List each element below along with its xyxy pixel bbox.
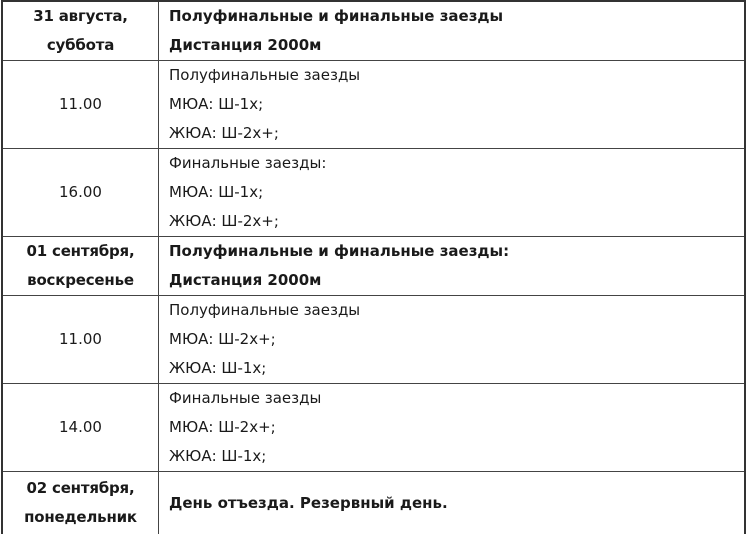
event-men: МЮА: Ш-1х; (169, 90, 744, 119)
date-text: 02 сентября, (3, 474, 158, 503)
date-cell: 31 августа, суббота (2, 1, 159, 61)
day-heading: Полуфинальные и финальные заезды (169, 2, 744, 31)
day-heading: День отъезда. Резервный день. (169, 489, 744, 518)
day-heading-cell: Полуфинальные и финальные заезды: Дистан… (159, 237, 746, 296)
time-cell: 16.00 (2, 149, 159, 237)
date-cell: 02 сентября, понедельник (2, 472, 159, 534)
table-row-day-3: 02 сентября, понедельник День отъезда. Р… (2, 472, 745, 534)
date-text: 31 августа, (3, 2, 158, 31)
event-cell: Полуфинальные заезды МЮА: Ш-2х+; ЖЮА: Ш-… (159, 296, 746, 384)
event-title: Финальные заезды: (169, 149, 744, 178)
event-women: ЖЮА: Ш-1х; (169, 442, 744, 471)
distance-text: Дистанция 2000м (169, 266, 744, 295)
table-row-slot: 11.00 Полуфинальные заезды МЮА: Ш-1х; ЖЮ… (2, 61, 745, 149)
event-title: Полуфинальные заезды (169, 61, 744, 90)
event-cell: Финальные заезды: МЮА: Ш-1х; ЖЮА: Ш-2х+; (159, 149, 746, 237)
time-cell: 14.00 (2, 384, 159, 472)
table-row-slot: 11.00 Полуфинальные заезды МЮА: Ш-2х+; Ж… (2, 296, 745, 384)
day-heading-cell: Полуфинальные и финальные заезды Дистанц… (159, 1, 746, 61)
event-men: МЮА: Ш-2х+; (169, 413, 744, 442)
table-row-day-1: 31 августа, суббота Полуфинальные и фина… (2, 1, 745, 61)
distance-text: Дистанция 2000м (169, 31, 744, 60)
event-men: МЮА: Ш-2х+; (169, 325, 744, 354)
event-women: ЖЮА: Ш-2х+; (169, 207, 744, 236)
date-text: 01 сентября, (3, 237, 158, 266)
event-men: МЮА: Ш-1х; (169, 178, 744, 207)
event-title: Полуфинальные заезды (169, 296, 744, 325)
time-cell: 11.00 (2, 61, 159, 149)
event-title: Финальные заезды (169, 384, 744, 413)
day-heading-cell: День отъезда. Резервный день. (159, 472, 746, 534)
weekday-text: воскресенье (3, 266, 158, 295)
table-row-slot: 16.00 Финальные заезды: МЮА: Ш-1х; ЖЮА: … (2, 149, 745, 237)
weekday-text: суббота (3, 31, 158, 60)
table-row-day-2: 01 сентября, воскресенье Полуфинальные и… (2, 237, 745, 296)
event-cell: Полуфинальные заезды МЮА: Ш-1х; ЖЮА: Ш-2… (159, 61, 746, 149)
weekday-text: понедельник (3, 503, 158, 532)
event-cell: Финальные заезды МЮА: Ш-2х+; ЖЮА: Ш-1х; (159, 384, 746, 472)
schedule-table: 31 августа, суббота Полуфинальные и фина… (1, 0, 746, 534)
date-cell: 01 сентября, воскресенье (2, 237, 159, 296)
event-women: ЖЮА: Ш-2х+; (169, 119, 744, 148)
table-row-slot: 14.00 Финальные заезды МЮА: Ш-2х+; ЖЮА: … (2, 384, 745, 472)
day-heading: Полуфинальные и финальные заезды: (169, 237, 744, 266)
time-cell: 11.00 (2, 296, 159, 384)
event-women: ЖЮА: Ш-1х; (169, 354, 744, 383)
